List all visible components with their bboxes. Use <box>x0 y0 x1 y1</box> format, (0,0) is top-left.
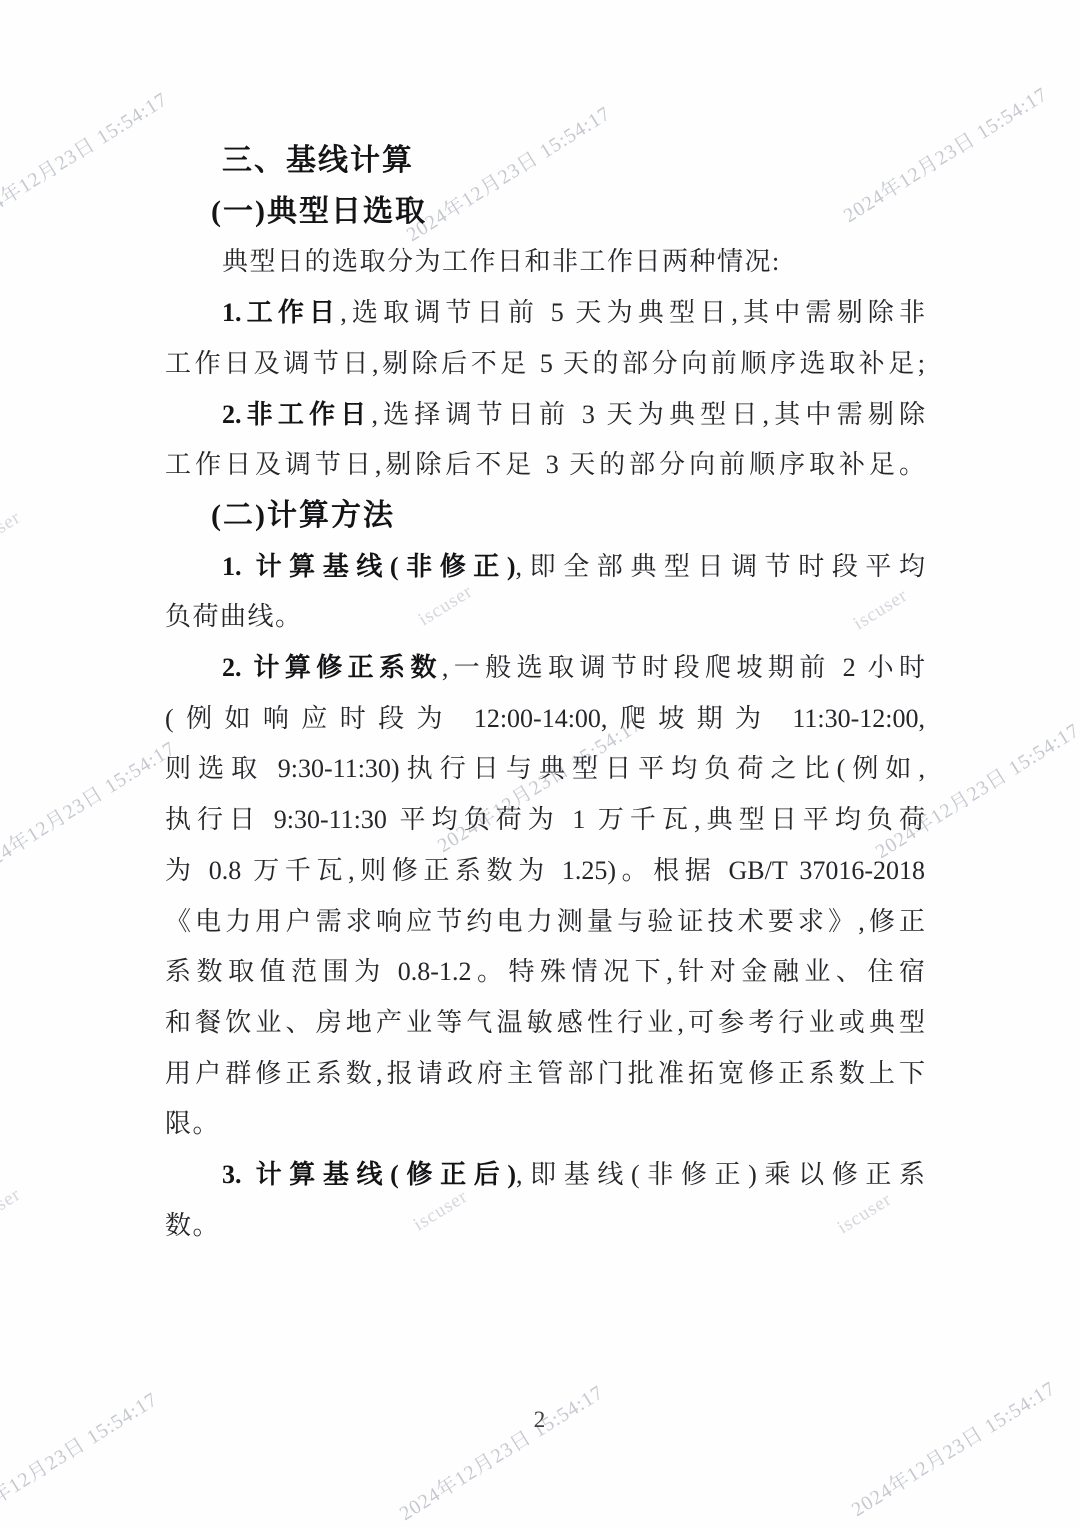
text-segment: 工作日及调节日,剔除后不足 3 天的部分向前顺序取补足。 <box>165 450 925 479</box>
doc-line: 三、基线计算 <box>165 139 925 189</box>
text-segment: 三、基线计算 <box>222 144 414 177</box>
text-segment: ,选择调节日前 3 天为典型日,其中需剔除 <box>371 400 925 429</box>
text-segment: 3. 计算基线(修正后) <box>222 1160 516 1189</box>
text-segment: ,即全部典型日调节时段平均 <box>516 552 925 581</box>
text-segment: 1.工作日 <box>222 298 340 327</box>
doc-line: 1. 计算基线(非修正),即全部典型日调节时段平均 <box>165 545 925 595</box>
text-segment: 执行日 9:30-11:30 平均负荷为 1 万千瓦,典型日平均负荷 <box>165 805 925 834</box>
doc-line: (二)计算方法 <box>165 494 925 544</box>
document-content: 三、基线计算(一)典型日选取典型日的选取分为工作日和非工作日两种情况:1.工作日… <box>0 0 1080 1527</box>
text-segment: 为 0.8 万千瓦,则修正系数为 1.25)。根据 GB/T 37016-201… <box>165 856 925 885</box>
text-segment: 2. 计算修正系数 <box>222 653 442 682</box>
text-segment: 用户群修正系数,报请政府主管部门批准拓宽修正系数上下 <box>165 1059 925 1088</box>
text-segment: 1. 计算基线(非修正) <box>222 552 516 581</box>
doc-line: 数。 <box>165 1204 925 1254</box>
doc-line: 工作日及调节日,剔除后不足 3 天的部分向前顺序取补足。 <box>165 443 925 493</box>
doc-line: 典型日的选取分为工作日和非工作日两种情况: <box>165 240 925 290</box>
text-segment: 典型日的选取分为工作日和非工作日两种情况: <box>222 247 781 276</box>
doc-line: 则选取 9:30-11:30)执行日与典型日平均负荷之比(例如, <box>165 747 925 797</box>
text-segment: 系数取值范围为 0.8-1.2。特殊情况下,针对金融业、住宿 <box>165 957 925 986</box>
text-segment: (一)典型日选取 <box>211 195 427 228</box>
doc-line: 系数取值范围为 0.8-1.2。特殊情况下,针对金融业、住宿 <box>165 950 925 1000</box>
doc-line: 用户群修正系数,报请政府主管部门批准拓宽修正系数上下 <box>165 1052 925 1102</box>
text-segment: (二)计算方法 <box>211 499 395 532</box>
doc-line: 3. 计算基线(修正后),即基线(非修正)乘以修正系 <box>165 1153 925 1203</box>
doc-line: (例如响应时段为 12:00-14:00,爬坡期为 11:30-12:00, <box>165 697 925 747</box>
text-segment: ,一般选取调节时段爬坡期前 2 小时 <box>442 653 925 682</box>
doc-line: 执行日 9:30-11:30 平均负荷为 1 万千瓦,典型日平均负荷 <box>165 798 925 848</box>
text-segment: 《电力用户需求响应节约电力测量与验证技术要求》,修正 <box>165 907 925 936</box>
doc-line: 和餐饮业、房地产业等气温敏感性行业,可参考行业或典型 <box>165 1001 925 1051</box>
doc-line: 为 0.8 万千瓦,则修正系数为 1.25)。根据 GB/T 37016-201… <box>165 849 925 899</box>
text-segment: (例如响应时段为 12:00-14:00,爬坡期为 11:30-12:00, <box>165 704 925 733</box>
doc-line: 1.工作日,选取调节日前 5 天为典型日,其中需剔除非 <box>165 291 925 341</box>
text-segment: 工作日及调节日,剔除后不足 5 天的部分向前顺序选取补足; <box>165 349 925 378</box>
text-segment: 和餐饮业、房地产业等气温敏感性行业,可参考行业或典型 <box>165 1008 925 1037</box>
doc-line: (一)典型日选取 <box>165 190 925 240</box>
doc-line: 2. 计算修正系数,一般选取调节时段爬坡期前 2 小时 <box>165 646 925 696</box>
text-segment: 负荷曲线。 <box>165 602 303 631</box>
doc-line: 负荷曲线。 <box>165 595 925 645</box>
text-segment: ,即基线(非修正)乘以修正系 <box>516 1160 925 1189</box>
doc-line: 工作日及调节日,剔除后不足 5 天的部分向前顺序选取补足; <box>165 342 925 392</box>
text-segment: 2.非工作日 <box>222 400 371 429</box>
doc-line: 2.非工作日,选择调节日前 3 天为典型日,其中需剔除 <box>165 393 925 443</box>
text-segment: 限。 <box>165 1109 220 1138</box>
page-number: 2 <box>0 1406 1080 1434</box>
text-segment: 数。 <box>165 1211 220 1240</box>
document-page: 2024年12月23日 15:54:172024年12月23日 15:54:17… <box>0 0 1080 1527</box>
doc-line: 限。 <box>165 1102 925 1152</box>
doc-line: 《电力用户需求响应节约电力测量与验证技术要求》,修正 <box>165 900 925 950</box>
text-segment: 则选取 9:30-11:30)执行日与典型日平均负荷之比(例如, <box>165 754 925 783</box>
text-segment: ,选取调节日前 5 天为典型日,其中需剔除非 <box>340 298 925 327</box>
